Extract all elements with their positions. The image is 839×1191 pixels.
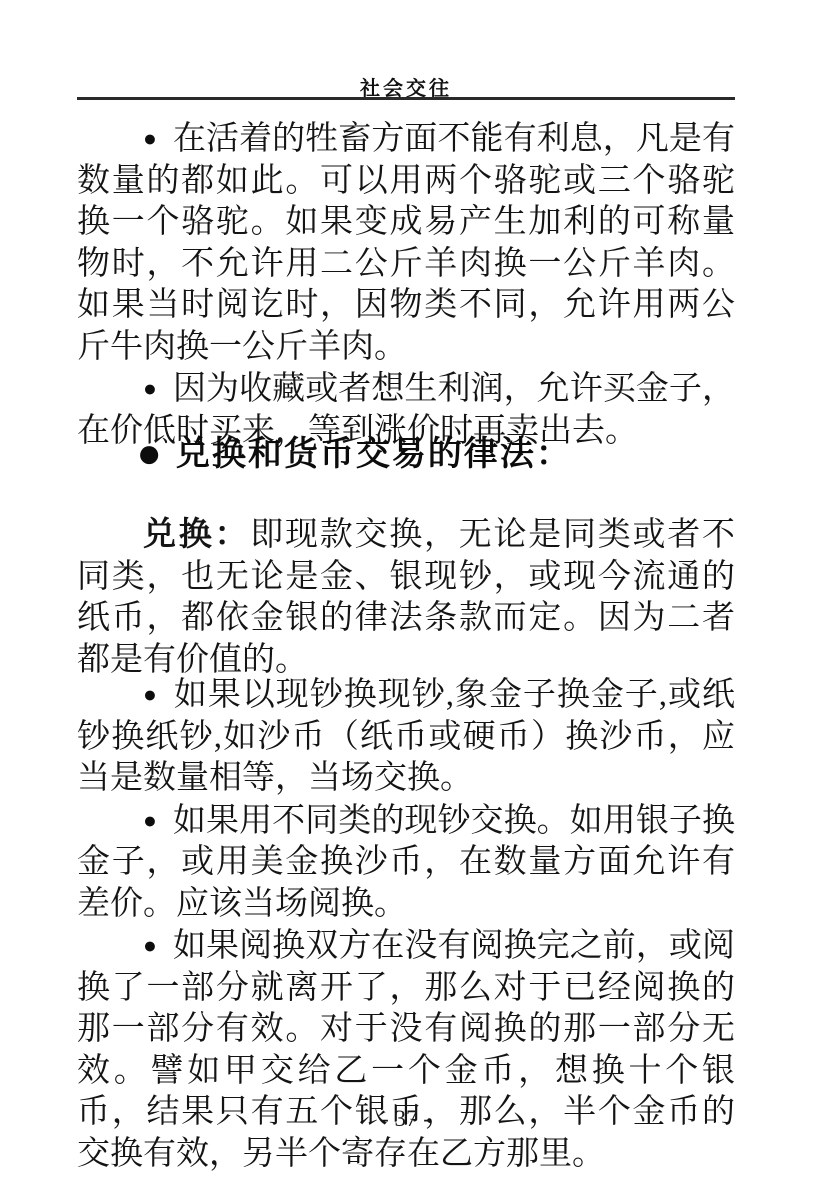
bullet-icon: ● bbox=[143, 933, 157, 958]
paragraph-group-top: ●在活着的牲畜方面不能有利息，凡是有数量的都如此。可以用两个骆驼或三个骆驼换一个… bbox=[77, 118, 735, 452]
paragraph-group-bottom: ●如果以现钞换现钞,象金子换金子,或纸钞换纸钞,如沙币（纸币或硬币）换沙币，应当… bbox=[77, 674, 735, 1175]
paragraph-same-currency-exchange: ●如果以现钞换现钞,象金子换金子,或纸钞换纸钞,如沙币（纸币或硬币）换沙币，应当… bbox=[77, 674, 735, 800]
paragraph-different-currency-exchange: ●如果用不同类的现钞交换。如用银子换金子，或用美金换沙币，在数量方面允许有差价。… bbox=[77, 800, 735, 926]
bullet-icon: ● bbox=[143, 126, 157, 151]
section-heading-text: 兑换和货币交易的律法： bbox=[176, 436, 572, 473]
header-divider-line bbox=[77, 97, 735, 100]
bullet-icon: ● bbox=[137, 431, 162, 477]
paragraph-text: 在活着的牲畜方面不能有利息，凡是有数量的都如此。可以用两个骆驼或三个骆驼换一个骆… bbox=[77, 121, 735, 365]
section-heading-block: ●兑换和货币交易的律法： bbox=[77, 431, 735, 478]
bullet-icon: ● bbox=[143, 808, 157, 833]
paragraph-exchange-definition: 兑换：即现款交换，无论是同类或者不同类，也无论是金、银现钞，或现今流通的纸币，都… bbox=[77, 515, 735, 681]
paragraph-text: 如果用不同类的现钞交换。如用银子换金子，或用美金换沙币，在数量方面允许有差价。应… bbox=[77, 803, 735, 922]
section-heading-exchange-law: ●兑换和货币交易的律法： bbox=[77, 431, 735, 478]
paragraph-partial-exchange-validity: ●如果阅换双方在没有阅换完之前，或阅换了一部分就离开了，那么对于已经阅换的那一部… bbox=[77, 925, 735, 1175]
document-page: 社会交往 ●在活着的牲畜方面不能有利息，凡是有数量的都如此。可以用两个骆驼或三个… bbox=[0, 0, 839, 1191]
bullet-icon: ● bbox=[143, 682, 158, 707]
paragraph-text: 如果以现钞换现钞,象金子换金子,或纸钞换纸钞,如沙币（纸币或硬币）换沙币，应当是… bbox=[77, 677, 735, 796]
page-number: - 37 - bbox=[77, 1106, 735, 1132]
paragraph-exchange-definition-block: 兑换：即现款交换，无论是同类或者不同类，也无论是金、银现钞，或现今流通的纸币，都… bbox=[77, 515, 735, 681]
bullet-icon: ● bbox=[143, 376, 157, 401]
paragraph-text: 如果阅换双方在没有阅换完之前，或阅换了一部分就离开了，那么对于已经阅换的那一部分… bbox=[77, 928, 735, 1172]
paragraph-livestock-interest: ●在活着的牲畜方面不能有利息，凡是有数量的都如此。可以用两个骆驼或三个骆驼换一个… bbox=[77, 118, 735, 368]
paragraph-lead-term: 兑换： bbox=[143, 517, 250, 553]
